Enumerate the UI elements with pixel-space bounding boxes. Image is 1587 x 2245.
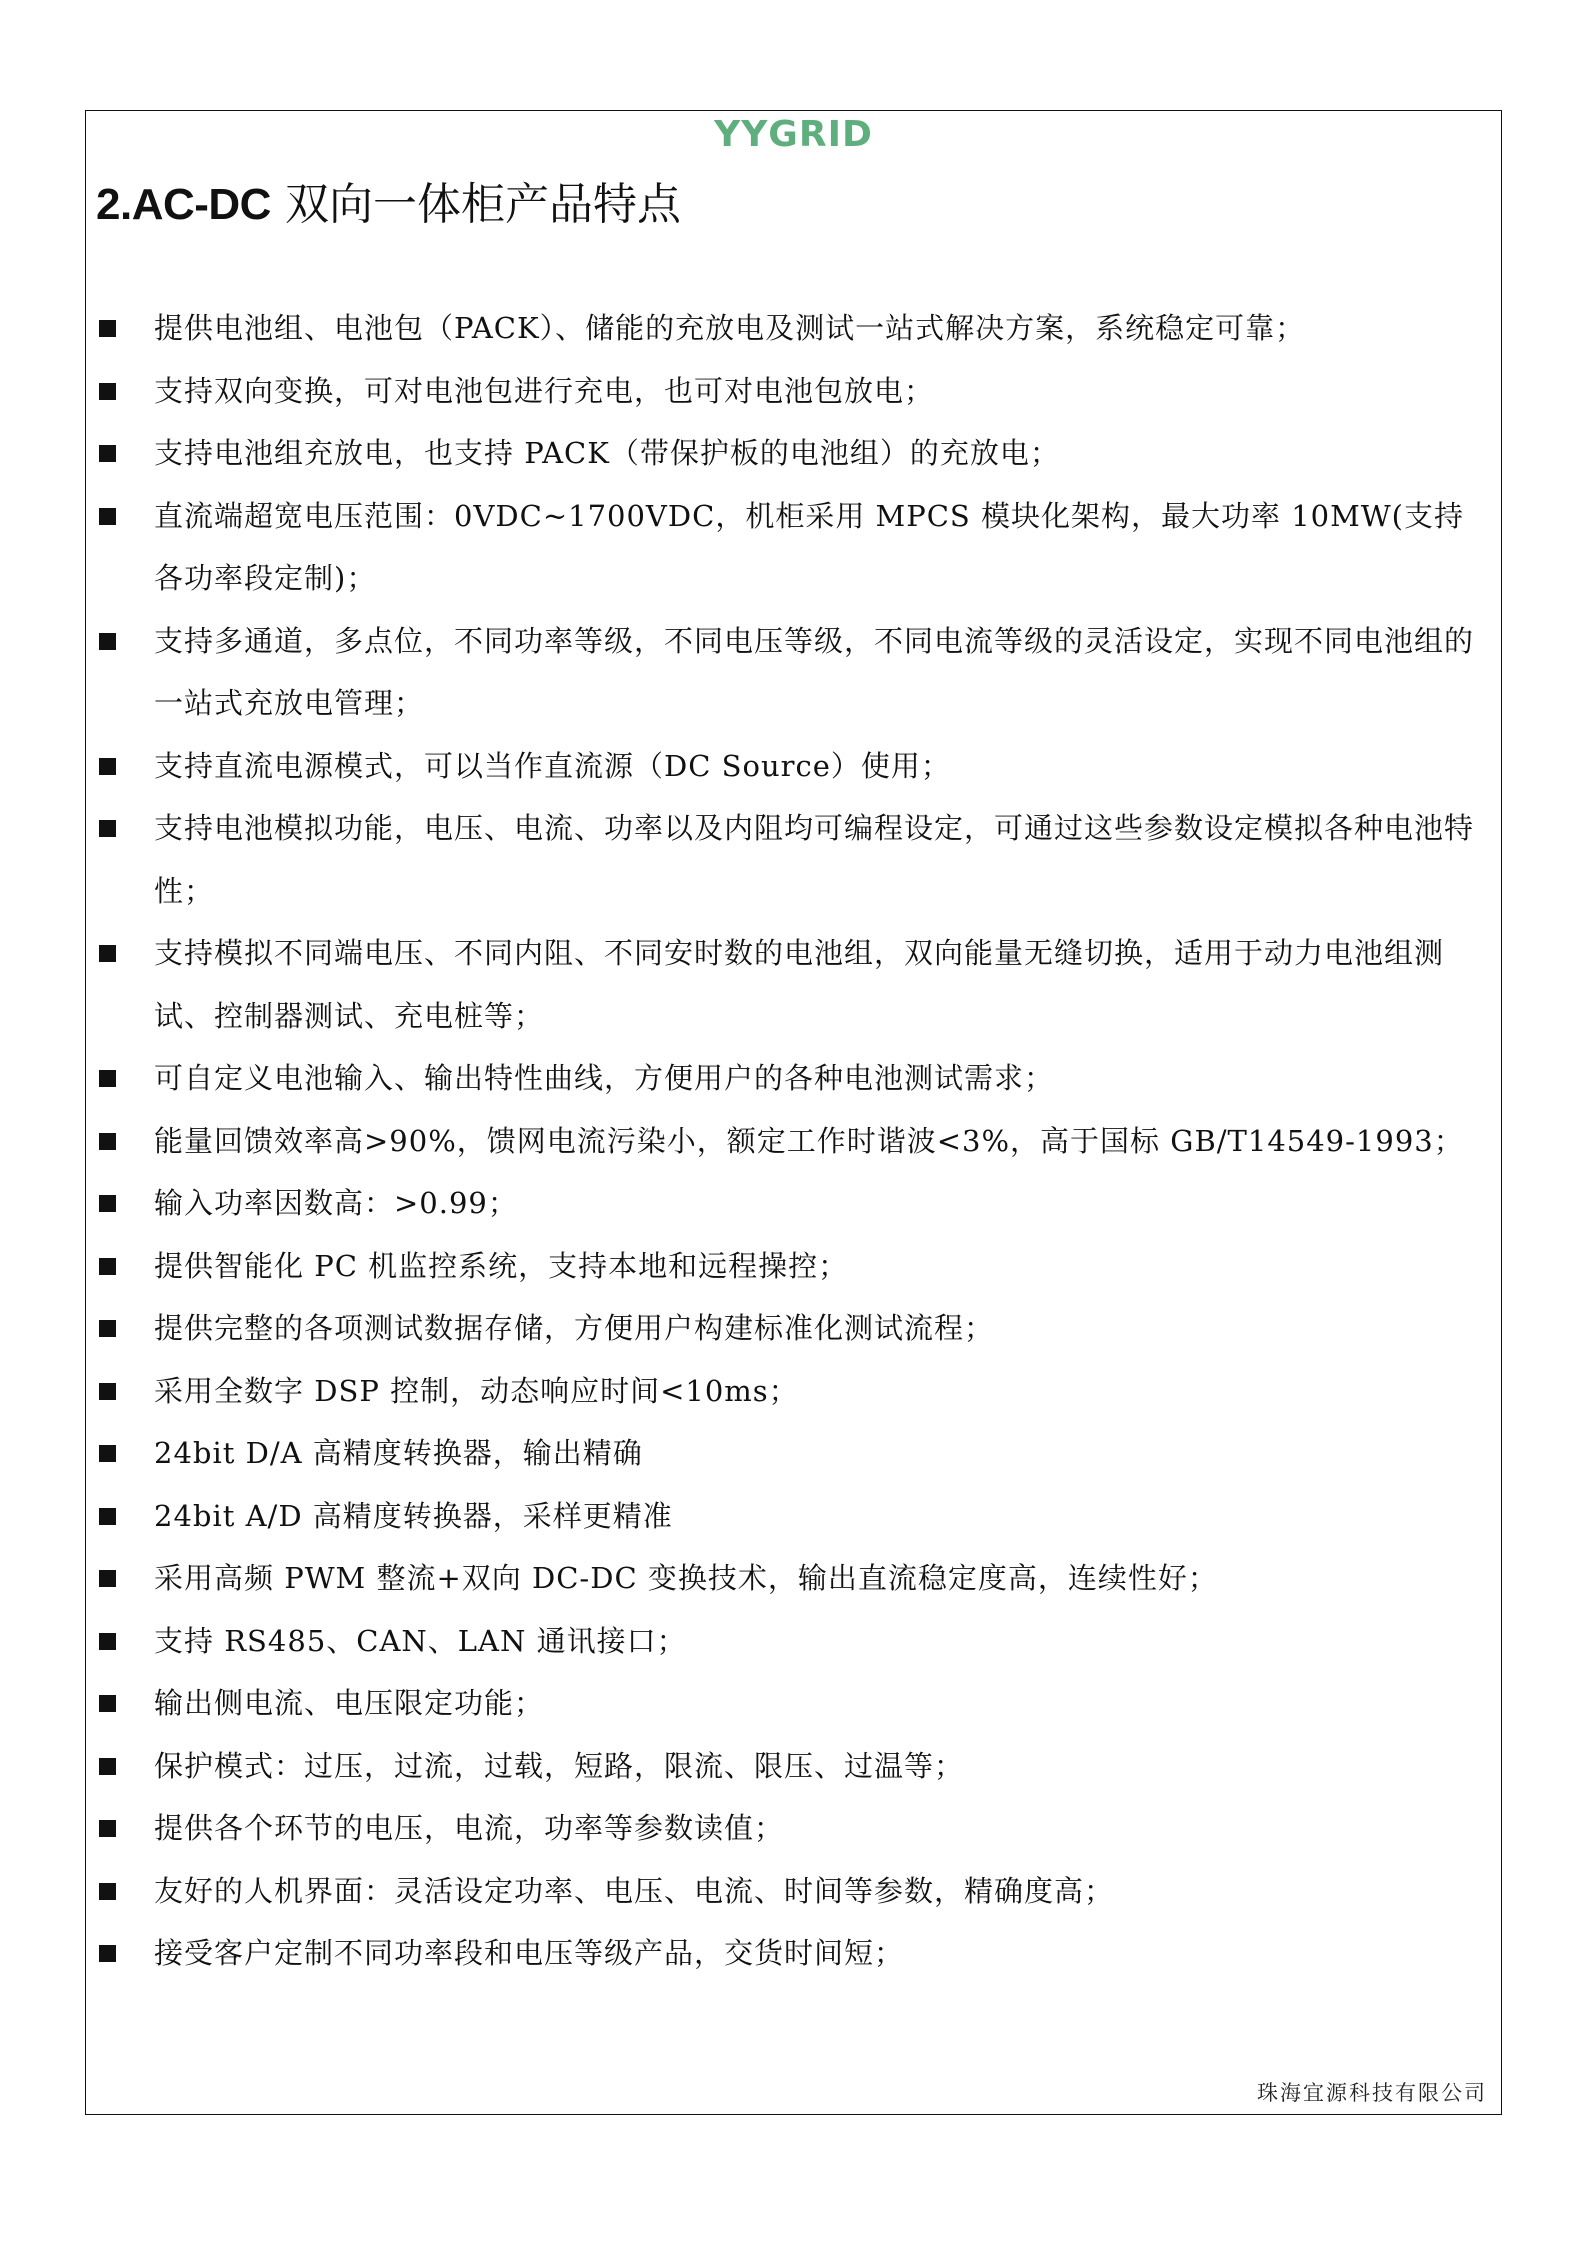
square-bullet-icon <box>99 1570 116 1587</box>
square-bullet-icon <box>99 1758 116 1775</box>
yygrid-logo: YYGRID <box>86 115 1501 155</box>
title-number: 2.AC-DC <box>96 180 271 229</box>
list-item: 直流端超宽电压范围：0VDC~1700VDC，机柜采用 MPCS 模块化架构，最… <box>86 485 1503 610</box>
square-bullet-icon <box>99 1383 116 1400</box>
square-bullet-icon <box>99 1820 116 1837</box>
square-bullet-icon <box>99 1508 116 1525</box>
feature-text: 支持电池模拟功能，电压、电流、功率以及内阻均可编程设定，可通过这些参数设定模拟各… <box>154 811 1474 908</box>
list-item: 保护模式：过压，过流，过载，短路，限流、限压、过温等； <box>86 1735 1503 1798</box>
feature-text: 能量回馈效率高>90%，馈网电流污染小，额定工作时谐波<3%，高于国标 GB/T… <box>154 1124 1464 1158</box>
feature-text: 采用全数字 DSP 控制，动态响应时间<10ms； <box>154 1374 799 1408</box>
square-bullet-icon <box>99 820 116 837</box>
page-frame: YYGRID 2.AC-DC 双向一体柜产品特点 提供电池组、电池包（PACK）… <box>85 110 1502 2115</box>
square-bullet-icon <box>99 633 116 650</box>
list-item: 接受客户定制不同功率段和电压等级产品，交货时间短； <box>86 1922 1503 1985</box>
feature-text: 采用高频 PWM 整流+双向 DC-DC 变换技术，输出直流稳定度高，连续性好； <box>154 1561 1218 1595</box>
feature-text: 支持多通道，多点位，不同功率等级，不同电压等级，不同电流等级的灵活设定，实现不同… <box>154 624 1474 721</box>
square-bullet-icon <box>99 445 116 462</box>
feature-text: 提供完整的各项测试数据存储，方便用户构建标准化测试流程； <box>154 1311 994 1345</box>
feature-text: 直流端超宽电压范围：0VDC~1700VDC，机柜采用 MPCS 模块化架构，最… <box>154 499 1464 596</box>
square-bullet-icon <box>99 1695 116 1712</box>
list-item: 提供智能化 PC 机监控系统，支持本地和远程操控； <box>86 1235 1503 1298</box>
square-bullet-icon <box>99 1945 116 1962</box>
feature-text: 可自定义电池输入、输出特性曲线，方便用户的各种电池测试需求； <box>154 1061 1054 1095</box>
feature-text: 24bit D/A 高精度转换器，输出精确 <box>154 1436 643 1470</box>
list-item: 采用全数字 DSP 控制，动态响应时间<10ms； <box>86 1360 1503 1423</box>
square-bullet-icon <box>99 1633 116 1650</box>
list-item: 24bit D/A 高精度转换器，输出精确 <box>86 1422 1503 1485</box>
list-item: 输出侧电流、电压限定功能； <box>86 1672 1503 1735</box>
list-item: 提供各个环节的电压，电流，功率等参数读值； <box>86 1797 1503 1860</box>
list-item: 提供电池组、电池包（PACK）、储能的充放电及测试一站式解决方案，系统稳定可靠； <box>86 297 1503 360</box>
list-item: 输入功率因数高：>0.99； <box>86 1172 1503 1235</box>
feature-text: 提供电池组、电池包（PACK）、储能的充放电及测试一站式解决方案，系统稳定可靠； <box>154 311 1305 345</box>
feature-text: 支持直流电源模式，可以当作直流源（DC Source）使用； <box>154 749 951 783</box>
feature-text: 接受客户定制不同功率段和电压等级产品，交货时间短； <box>154 1936 904 1970</box>
feature-text: 提供智能化 PC 机监控系统，支持本地和远程操控； <box>154 1249 848 1283</box>
list-item: 采用高频 PWM 整流+双向 DC-DC 变换技术，输出直流稳定度高，连续性好； <box>86 1547 1503 1610</box>
list-item: 24bit A/D 高精度转换器，采样更精准 <box>86 1485 1503 1548</box>
list-item: 支持电池组充放电，也支持 PACK（带保护板的电池组）的充放电； <box>86 422 1503 485</box>
feature-text: 支持模拟不同端电压、不同内阻、不同安时数的电池组，双向能量无缝切换，适用于动力电… <box>154 936 1444 1033</box>
feature-text: 保护模式：过压，过流，过载，短路，限流、限压、过温等； <box>154 1749 964 1783</box>
square-bullet-icon <box>99 1070 116 1087</box>
feature-text: 支持 RS485、CAN、LAN 通讯接口； <box>154 1624 687 1658</box>
feature-text: 提供各个环节的电压，电流，功率等参数读值； <box>154 1811 784 1845</box>
feature-text: 支持电池组充放电，也支持 PACK（带保护板的电池组）的充放电； <box>154 436 1060 470</box>
feature-list: 提供电池组、电池包（PACK）、储能的充放电及测试一站式解决方案，系统稳定可靠；… <box>86 297 1503 1985</box>
square-bullet-icon <box>99 758 116 775</box>
list-item: 提供完整的各项测试数据存储，方便用户构建标准化测试流程； <box>86 1297 1503 1360</box>
list-item: 支持双向变换，可对电池包进行充电，也可对电池包放电； <box>86 360 1503 423</box>
feature-text: 支持双向变换，可对电池包进行充电，也可对电池包放电； <box>154 374 934 408</box>
square-bullet-icon <box>99 1320 116 1337</box>
square-bullet-icon <box>99 1883 116 1900</box>
square-bullet-icon <box>99 1258 116 1275</box>
list-item: 可自定义电池输入、输出特性曲线，方便用户的各种电池测试需求； <box>86 1047 1503 1110</box>
list-item: 能量回馈效率高>90%，馈网电流污染小，额定工作时谐波<3%，高于国标 GB/T… <box>86 1110 1503 1173</box>
square-bullet-icon <box>99 1445 116 1462</box>
feature-text: 输出侧电流、电压限定功能； <box>154 1686 544 1720</box>
square-bullet-icon <box>99 320 116 337</box>
list-item: 支持直流电源模式，可以当作直流源（DC Source）使用； <box>86 735 1503 798</box>
list-item: 支持多通道，多点位，不同功率等级，不同电压等级，不同电流等级的灵活设定，实现不同… <box>86 610 1503 735</box>
square-bullet-icon <box>99 1133 116 1150</box>
feature-text: 输入功率因数高：>0.99； <box>154 1186 518 1220</box>
square-bullet-icon <box>99 1195 116 1212</box>
page-title: 2.AC-DC 双向一体柜产品特点 <box>96 179 681 231</box>
feature-text: 24bit A/D 高精度转换器，采样更精准 <box>154 1499 673 1533</box>
square-bullet-icon <box>99 508 116 525</box>
list-item: 支持模拟不同端电压、不同内阻、不同安时数的电池组，双向能量无缝切换，适用于动力电… <box>86 922 1503 1047</box>
list-item: 友好的人机界面：灵活设定功率、电压、电流、时间等参数，精确度高； <box>86 1860 1503 1923</box>
list-item: 支持 RS485、CAN、LAN 通讯接口； <box>86 1610 1503 1673</box>
feature-text: 友好的人机界面：灵活设定功率、电压、电流、时间等参数，精确度高； <box>154 1874 1114 1908</box>
square-bullet-icon <box>99 945 116 962</box>
list-item: 支持电池模拟功能，电压、电流、功率以及内阻均可编程设定，可通过这些参数设定模拟各… <box>86 797 1503 922</box>
company-footer: 珠海宜源科技有限公司 <box>1257 2078 1487 2108</box>
square-bullet-icon <box>99 383 116 400</box>
title-text: 双向一体柜产品特点 <box>271 179 681 230</box>
